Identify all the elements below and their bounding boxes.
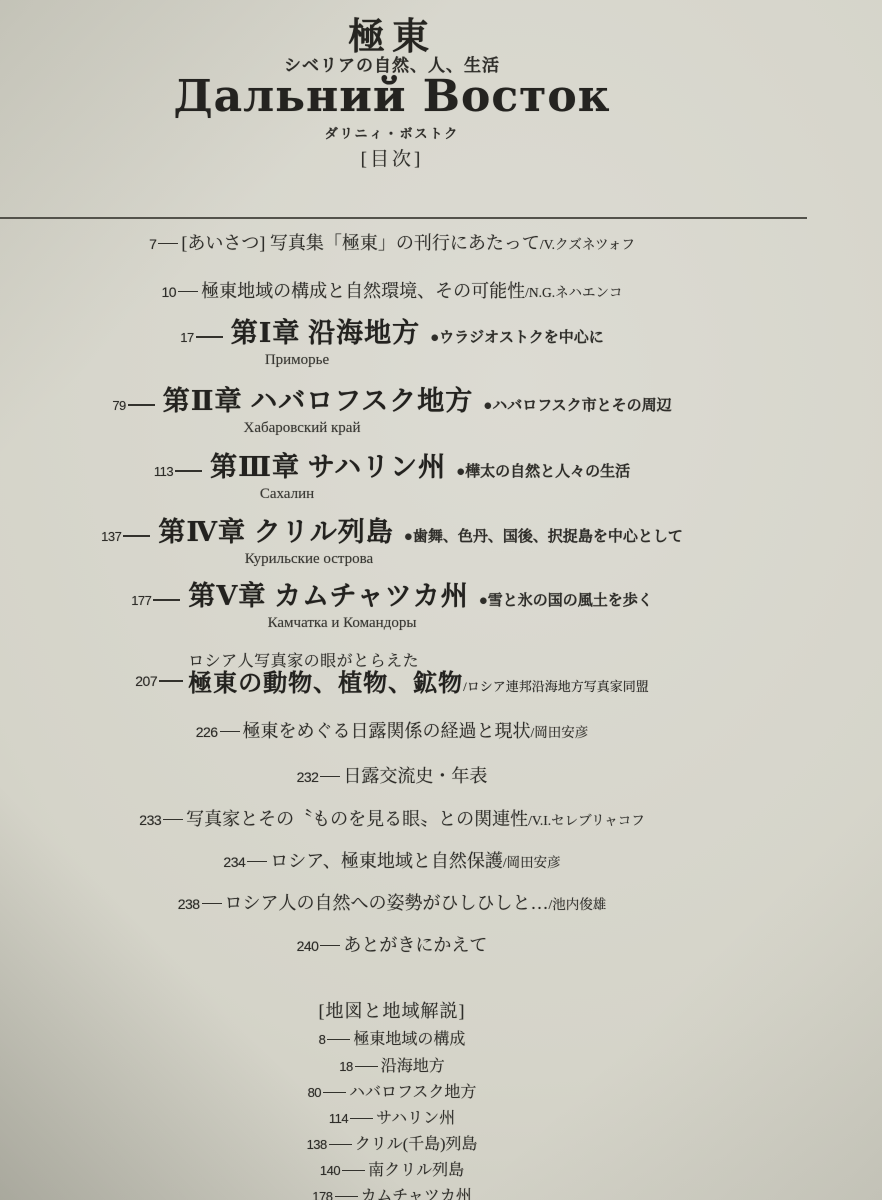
map-title: 極東地域の構成 (353, 1031, 465, 1048)
leader-dash (320, 945, 340, 946)
toc-chapter-entry: 113第Ⅲ章 サハリン州●樺太の自然と人々の生活 Сахалин (0, 445, 784, 503)
leader-dash (247, 861, 267, 862)
toc-chapter-entry: 137第Ⅳ章 クリル列島●歯舞、色丹、国後、択捉島を中心として Курильск… (0, 510, 784, 568)
entry-author: /V.I.セレブリャコフ (528, 813, 645, 828)
chapter-title: 第Ⅲ章 サハリン州 (210, 445, 446, 484)
page-number: 238 (178, 896, 200, 912)
page-number: 232 (297, 769, 319, 785)
page-number: 140 (320, 1163, 340, 1178)
map-title: カムチャツカ州 (361, 1188, 472, 1200)
chapter-subtitle: ●樺太の自然と人々の生活 (456, 460, 630, 481)
chapter-russian-caption: Курильские острова (0, 551, 701, 568)
page-number: 138 (307, 1137, 327, 1152)
leader-dash (329, 1144, 352, 1145)
entry-title: あとがきにかえて (343, 935, 487, 955)
leader-dash (323, 1092, 346, 1093)
leader-dash (163, 819, 183, 820)
entry-title: [あいさつ] 写真集「極東」の刊行にあたって (181, 233, 540, 253)
chapter-russian-caption: Сахалин (0, 486, 679, 503)
entry-title: ロシア、極東地域と自然保護 (270, 851, 503, 871)
entry-author: /V.クズネツォフ (540, 237, 635, 252)
page-number: 207 (135, 673, 157, 689)
map-list-item: 18沿海地方 (0, 1053, 784, 1076)
horizontal-divider (0, 217, 807, 219)
leader-dash (175, 470, 202, 472)
leader-dash (196, 336, 223, 338)
page-number: 79 (112, 398, 125, 413)
leader-dash (158, 243, 178, 244)
leader-dash (153, 599, 180, 601)
chapter-title: 第Ⅴ章 カムチャツカ州 (188, 574, 468, 613)
feature-title: 極東の動物、植物、鉱物/ロシア連邦沿海地方写真家同盟 (188, 671, 649, 697)
entry-author: /岡田安彦 (531, 725, 589, 740)
leader-dash (320, 776, 340, 777)
leader-dash (335, 1196, 358, 1197)
map-list-item: 114サハリン州 (0, 1105, 784, 1128)
chapter-subtitle: ●雪と氷の国の風土を歩く (479, 589, 653, 610)
page-number: 80 (308, 1085, 321, 1100)
chapter-subtitle: ●ハバロフスク市とその周辺 (483, 394, 671, 415)
page-number: 177 (131, 593, 151, 608)
map-list-item: 138クリル(千島)列島 (0, 1131, 784, 1154)
toc-entry: 7[あいさつ] 写真集「極東」の刊行にあたって/V.クズネツォフ (0, 229, 784, 255)
toc-entry: 233写真家とその〝ものを見る眼〟との関連性/V.I.セレブリャコフ (0, 805, 784, 831)
toc-entry: 226極東をめぐる日露関係の経過と現状/岡田安彦 (0, 717, 784, 743)
entry-author: /池内俊雄 (549, 897, 607, 912)
toc-entry: 238ロシア人の自然への姿勢がひしひしと…/池内俊雄 (0, 889, 784, 915)
toc-entry: 10極東地域の構成と自然環境、その可能性/N.G.ネハエンコ (0, 277, 784, 303)
leader-dash (327, 1039, 350, 1040)
map-title: ハバロフスク地方 (349, 1084, 476, 1101)
page-number: 8 (319, 1032, 326, 1047)
page-number: 7 (149, 236, 156, 252)
chapter-russian-caption: Камчатка и Командоры (0, 615, 734, 632)
toc-chapter-entry: 17第Ⅰ章 沿海地方●ウラジオストクを中心に Приморье (0, 311, 784, 369)
page-number: 178 (312, 1189, 332, 1200)
chapter-title: 第Ⅳ章 クリル列島 (158, 510, 393, 549)
toc-entry: 234ロシア、極東地域と自然保護/岡田安彦 (0, 847, 784, 873)
toc-chapter-entry: 79第Ⅱ章 ハバロフスク地方●ハバロフスク市とその周辺 Хабаровский … (0, 379, 784, 437)
chapter-subtitle: ●ウラジオストクを中心に (430, 326, 604, 347)
chapter-subtitle: ●歯舞、色丹、国後、択捉島を中心として (404, 525, 683, 546)
page-number: 113 (154, 464, 173, 479)
leader-dash (123, 535, 150, 537)
page-number: 233 (139, 812, 161, 828)
feature-author: /ロシア連邦沿海地方写真家同盟 (463, 679, 649, 694)
book-toc-page: 極東 シベリアの自然、人、生活 Дальний Восток ダリニィ・ボストク… (0, 0, 882, 1200)
leader-dash (159, 680, 183, 682)
entry-title: 写真家とその〝ものを見る眼〟との関連性 (186, 809, 528, 829)
leader-dash (202, 903, 222, 904)
chapter-russian-caption: Хабаровский край (0, 420, 694, 437)
page-number: 240 (297, 938, 319, 954)
page-number: 234 (223, 854, 245, 870)
page-number: 17 (180, 330, 193, 345)
entry-author: /N.G.ネハエンコ (525, 285, 622, 300)
map-list-item: 8極東地域の構成 (0, 1026, 784, 1049)
entry-author: /岡田安彦 (503, 855, 561, 870)
chapter-russian-caption: Приморье (0, 352, 689, 369)
map-title: 沿海地方 (381, 1058, 445, 1075)
page-number: 137 (101, 529, 121, 544)
map-list-item: 140南クリル列島 (0, 1157, 784, 1180)
maps-section-heading: [地図と地域解説] (0, 997, 784, 1023)
chapter-title: 第Ⅱ章 ハバロフスク地方 (163, 379, 473, 418)
page-number: 18 (339, 1059, 352, 1074)
toc-entry: 240あとがきにかえて (0, 931, 784, 957)
toc-heading: [目次] (0, 144, 784, 171)
toc-chapter-entry: 177第Ⅴ章 カムチャツカ州●雪と氷の国の風土を歩く Камчатка и Ко… (0, 574, 784, 632)
toc-entry: 232日露交流史・年表 (0, 762, 784, 788)
map-list-item: 80ハバロフスク地方 (0, 1079, 784, 1102)
chapter-title: 第Ⅰ章 沿海地方 (231, 311, 420, 350)
leader-dash (342, 1170, 365, 1171)
page-title-russian-kana: ダリニィ・ボストク (0, 123, 784, 142)
entry-title: 極東地域の構成と自然環境、その可能性 (201, 281, 525, 301)
leader-dash (350, 1118, 373, 1119)
map-title: 南クリル列島 (368, 1162, 464, 1179)
leader-dash (220, 731, 240, 732)
leader-dash (178, 291, 198, 292)
map-list-item: 178カムチャツカ州 (0, 1183, 784, 1200)
entry-title: 日露交流史・年表 (343, 766, 487, 786)
leader-dash (355, 1066, 378, 1067)
map-title: クリル(千島)列島 (355, 1136, 478, 1153)
page-number: 226 (196, 724, 218, 740)
page-number: 10 (162, 284, 177, 300)
leader-dash (128, 404, 155, 406)
entry-title: 極東をめぐる日露関係の経過と現状 (243, 721, 531, 741)
page-title-russian: Дальний Восток (0, 71, 784, 122)
page-number: 114 (329, 1111, 348, 1126)
entry-title: ロシア人の自然への姿勢がひしひしと… (225, 893, 549, 913)
toc-feature-entry: 207 ロシア人写真家の眼がとらえた 極東の動物、植物、鉱物/ロシア連邦沿海地方… (0, 648, 784, 697)
map-title: サハリン州 (376, 1110, 455, 1127)
feature-lead-text: ロシア人写真家の眼がとらえた (188, 648, 649, 671)
